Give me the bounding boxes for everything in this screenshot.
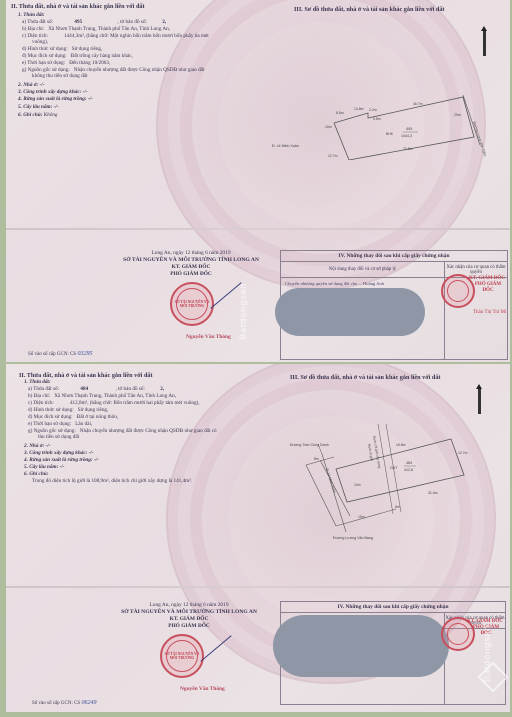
notes-line: 6. Ghi chú: Không xyxy=(18,112,58,118)
use-form-label: d) Hình thức sử dụng: xyxy=(22,46,68,52)
registry-number: Số vào sổ cấp GCN: CS 03295 xyxy=(28,351,92,357)
house-value: -/- xyxy=(46,443,51,449)
svg-text:484: 484 xyxy=(406,461,412,465)
changes-table-title: IV. Những thay đổi sau khi cấp giấy chứn… xyxy=(281,602,505,613)
kt-title: KT. GIÁM ĐỐC xyxy=(116,264,266,271)
area-line: c) Diện tích:412,8m², (bằng chữ: Bốn tră… xyxy=(28,400,200,406)
house-label: 2. Nhà ở: xyxy=(24,443,44,449)
svg-text:495: 495 xyxy=(406,127,412,131)
perennial-line: 5. Cây lâu năm: -/- xyxy=(24,464,65,470)
kt-title: KT. GIÁM ĐỐC xyxy=(114,616,264,623)
parcel-number: 495 xyxy=(74,19,82,25)
house-value: -/- xyxy=(40,82,45,88)
section-land-info: II. Thửa đất, nhà ở và tài sản khác gắn … xyxy=(6,0,256,362)
north-arrow-icon xyxy=(483,30,486,56)
use-form-value: Sử dụng riêng, xyxy=(72,46,103,52)
use-form-value: Sử dụng riêng, xyxy=(78,407,109,413)
parcel-number-line: a) Thửa đất số: 495 , tờ bản đồ số: 2, xyxy=(22,19,166,25)
signature xyxy=(200,635,231,661)
map-sheet-label: , tờ bản đồ số: xyxy=(115,386,144,392)
other-works-line: 3. Công trình xây dựng khác: -/- xyxy=(18,89,88,95)
certificate-page-2: II. Thửa đất, nhà ở và tài sản khác gắn … xyxy=(6,364,510,712)
signer-name: Nguyễn Văn Thông xyxy=(180,686,225,692)
perennial-value: -/- xyxy=(54,104,59,110)
address-line: b) Địa chỉ:Xã Nhơn Thạnh Trung, Thành ph… xyxy=(22,26,170,32)
section-plot-diagram: III. Sơ đồ thửa đất, nhà ở và tài sản kh… xyxy=(258,0,510,362)
parcel-heading: 1. Thửa đất: xyxy=(24,379,51,385)
section2-title: II. Thửa đất, nhà ở và tài sản khác gắn … xyxy=(11,3,145,10)
changes-table: IV. Những thay đổi sau khi cấp giấy chứn… xyxy=(280,601,506,705)
other-works-label: 3. Công trình xây dựng khác: xyxy=(18,89,81,95)
redacted-area xyxy=(275,288,425,336)
origin-value: Nhận chuyển nhượng đất được Công nhận QS… xyxy=(74,67,205,73)
svg-text:Đ. Lê Minh Xuân: Đ. Lê Minh Xuân xyxy=(272,144,299,148)
parcel-number-label: a) Thửa đất số: xyxy=(28,386,59,392)
notes-line: 6. Ghi chú: xyxy=(24,471,48,477)
svg-text:ONT: ONT xyxy=(390,466,397,470)
svg-text:412,8: 412,8 xyxy=(404,468,413,472)
signer-name: Nguyễn Văn Thông xyxy=(186,334,231,340)
forest-label: 4. Rừng sản xuất là rừng trồng: xyxy=(18,96,87,102)
other-works-value: -/- xyxy=(89,450,94,456)
confirm-deputy: PHÓ GIÁM ĐỐC xyxy=(469,282,507,294)
address-line: b) Địa chỉ:Xã Nhơn Thạnh Trung, Thành ph… xyxy=(28,393,176,399)
address-value: Xã Nhơn Thạnh Trung, Thành phố Tân An, T… xyxy=(48,26,170,32)
notes-value: Không xyxy=(44,112,58,118)
house-line: 2. Nhà ở: -/- xyxy=(24,443,50,449)
map-sheet-label: , tờ bản đồ số: xyxy=(117,19,146,25)
change-entry: Chuyển nhượng quyền sử dụng đất cho ... … xyxy=(285,281,384,287)
changes-content-cell: Chuyển nhượng quyền sử dụng đất cho ... … xyxy=(281,278,445,359)
svg-text:14.8m: 14.8m xyxy=(354,107,364,111)
area-cont: vuông), xyxy=(32,39,48,45)
origin-cont: không thu tiền sử dụng đất xyxy=(32,73,87,79)
svg-text:Đường Lương Văn Bang: Đường Lương Văn Bang xyxy=(333,536,373,540)
perennial-label: 5. Cây lâu năm: xyxy=(18,104,52,110)
forest-line: 4. Rừng sản xuất là rừng trồng: -/- xyxy=(24,457,99,463)
redacted-area xyxy=(273,615,449,677)
section3-title: III. Sơ đồ thửa đất, nhà ở và tài sản kh… xyxy=(290,374,441,381)
other-works-line: 3. Công trình xây dựng khác: -/- xyxy=(24,450,94,456)
address-value: Xã Nhơn Thạnh Trung, Thành phố Tân An, T… xyxy=(54,393,176,399)
deputy-title: PHÓ GIÁM ĐỐC xyxy=(114,623,264,630)
svg-text:BHK: BHK xyxy=(386,132,394,136)
house-label: 2. Nhà ở: xyxy=(18,82,38,88)
svg-text:Đường Long Văn Cẩm: Đường Long Văn Cẩm xyxy=(472,121,487,157)
use-form-line: d) Hình thức sử dụng:Sử dụng riêng, xyxy=(28,407,108,413)
place-date: Long An, ngày 12 tháng 6 năm 2019 xyxy=(114,602,264,609)
watermark-text: Batdongsan xyxy=(238,283,248,340)
map-sheet: 2, xyxy=(162,19,166,25)
other-works-value: -/- xyxy=(83,89,88,95)
perennial-value: -/- xyxy=(60,464,65,470)
confirm-signer: Thân Thị Trà Mi xyxy=(473,310,506,316)
changes-table-title: IV. Những thay đổi sau khi cấp giấy chứn… xyxy=(281,251,507,262)
svg-text:15.8m: 15.8m xyxy=(396,443,406,447)
svg-text:2.2m: 2.2m xyxy=(369,108,377,112)
term-line: e) Thời hạn sử dụng:Lâu dài, xyxy=(28,421,92,427)
deputy-title: PHÓ GIÁM ĐỐC xyxy=(116,271,266,278)
notes-detail: Trong đó diện tích lộ giới là 108,9m², d… xyxy=(32,478,192,484)
registry-number: Số vào sổ cấp GCN: CS 06249 xyxy=(32,700,96,706)
term-value: Lâu dài, xyxy=(75,421,92,427)
parcel-number-line: a) Thửa đất số: 484 , tờ bản đồ số: 2, xyxy=(28,386,164,392)
plot-diagram-2: Đường Trần Công Danh Đường Lương Văn Ban… xyxy=(258,414,510,544)
signature-block: Long An, ngày 12 tháng 6 năm 2019 SỞ TÀI… xyxy=(116,250,266,278)
registry-prefix: CS xyxy=(70,352,76,357)
term-value: Đến tháng 10/2063, xyxy=(69,60,110,66)
forest-value: -/- xyxy=(88,96,93,102)
issuing-org: SỞ TÀI NGUYÊN VÀ MÔI TRƯỜNG TỈNH LONG AN xyxy=(114,609,264,616)
address-label: b) Địa chỉ: xyxy=(28,393,50,399)
svg-text:8.8m: 8.8m xyxy=(336,111,344,115)
certificate-page-1: II. Thửa đất, nhà ở và tài sản khác gắn … xyxy=(6,0,510,362)
forest-value: -/- xyxy=(94,457,99,463)
address-label: b) Địa chỉ: xyxy=(22,26,44,32)
purpose-value: Đất ở tại nông thôn, xyxy=(77,414,119,420)
section-plot-diagram: III. Sơ đồ thửa đất, nhà ở và tài sản kh… xyxy=(258,364,510,712)
area-value: 1444,3m², (bằng chữ: Một nghìn bốn trăm … xyxy=(64,33,209,39)
parcel-heading: 1. Thửa đất: xyxy=(18,12,45,18)
registry-prefix: CS xyxy=(74,701,80,706)
use-form-label: d) Hình thức sử dụng: xyxy=(28,407,74,413)
term-label: e) Thời hạn sử dụng: xyxy=(28,421,71,427)
forest-label: 4. Rừng sản xuất là rừng trồng: xyxy=(24,457,93,463)
svg-text:12.7m: 12.7m xyxy=(458,451,468,455)
parcel-number-label: a) Thửa đất số: xyxy=(22,19,53,25)
svg-text:8m: 8m xyxy=(314,457,319,461)
section2-title: II. Thửa đất, nhà ở và tài sản khác gắn … xyxy=(19,372,153,379)
confirm-cell: KT. GIÁM ĐỐC PHÓ GIÁM ĐỐC Thân Thị Trà M… xyxy=(445,278,507,359)
registry-value: 06249 xyxy=(81,700,96,706)
svg-text:15m: 15m xyxy=(358,515,365,519)
area-label: c) Diện tích: xyxy=(28,400,54,406)
registry-label: Số vào sổ cấp GCN: xyxy=(28,352,69,357)
term-label: e) Thời hạn sử dụng: xyxy=(22,60,65,66)
other-works-label: 3. Công trình xây dựng khác: xyxy=(24,450,87,456)
purpose-label: đ) Mục đích sử dụng: xyxy=(22,53,67,59)
area-line: c) Diện tích:1444,3m², (bằng chữ: Một ng… xyxy=(22,33,209,39)
registry-value: 03295 xyxy=(77,351,92,357)
use-form-line: d) Hình thức sử dụng:Sử dụng riêng, xyxy=(22,46,102,52)
perennial-line: 5. Cây lâu năm: -/- xyxy=(18,104,59,110)
plot-diagram-1: Đường Long Văn Cẩm Đ. Lê Minh Xuân 495 B… xyxy=(258,80,510,160)
notes-label: 6. Ghi chú: xyxy=(18,112,42,118)
svg-text:Đường Trần Công Danh: Đường Trần Công Danh xyxy=(290,443,329,447)
changes-content-cell xyxy=(281,629,445,704)
perennial-label: 5. Cây lâu năm: xyxy=(24,464,58,470)
signature xyxy=(210,282,241,308)
svg-text:46.7m: 46.7m xyxy=(413,102,423,106)
purpose-value: Đất trồng cây hàng năm khác, xyxy=(71,53,133,59)
section3-title: III. Sơ đồ thửa đất, nhà ở và tài sản kh… xyxy=(294,6,445,13)
forest-line: 4. Rừng sản xuất là rừng trồng: -/- xyxy=(18,96,93,102)
house-line: 2. Nhà ở: -/- xyxy=(18,82,44,88)
svg-text:9.8m: 9.8m xyxy=(373,117,381,121)
svg-text:20m: 20m xyxy=(454,113,461,117)
svg-text:8m: 8m xyxy=(395,505,400,509)
area-value: 412,8m², (bằng chữ: Bốn trăm mười hai ph… xyxy=(70,400,200,406)
col-header-content: Nội dung thay đổi và cơ sở pháp lý xyxy=(281,262,445,277)
changes-table: IV. Những thay đổi sau khi cấp giấy chứn… xyxy=(280,250,508,360)
term-line: e) Thời hạn sử dụng:Đến tháng 10/2063, xyxy=(22,60,110,66)
purpose-label: đ) Mục đích sử dụng: xyxy=(28,414,73,420)
official-stamp: SỞ TÀI NGUYÊN VÀ MÔI TRƯỜNG xyxy=(170,282,214,326)
signature-block: Long An, ngày 12 tháng 6 năm 2019 SỞ TÀI… xyxy=(114,602,264,630)
official-stamp: SỞ TÀI NGUYÊN VÀ MÔI TRƯỜNG xyxy=(160,634,204,678)
svg-text:10m: 10m xyxy=(354,483,361,487)
north-arrow-icon xyxy=(478,388,481,414)
map-sheet: 2, xyxy=(160,386,164,392)
svg-text:10m: 10m xyxy=(325,125,332,129)
svg-text:12.7m: 12.7m xyxy=(328,154,338,158)
parcel-number: 484 xyxy=(80,386,88,392)
svg-text:1444,3: 1444,3 xyxy=(401,134,412,138)
issuing-org: SỞ TÀI NGUYÊN VÀ MÔI TRƯỜNG TỈNH LONG AN xyxy=(116,257,266,264)
origin-value: Nhận chuyển nhượng đất được Công nhận QS… xyxy=(80,428,217,434)
watermark-text: Batdongsan xyxy=(482,625,492,682)
svg-text:31.4m: 31.4m xyxy=(428,491,438,495)
purpose-line: đ) Mục đích sử dụng:Đất ở tại nông thôn, xyxy=(28,414,118,420)
svg-text:Ranh lộ giới: Ranh lộ giới xyxy=(367,443,374,461)
registry-label: Số vào sổ cấp GCN: xyxy=(32,701,73,706)
place-date: Long An, ngày 12 tháng 6 năm 2019 xyxy=(116,250,266,257)
svg-text:Đ. Lê Minh Xuân: Đ. Lê Minh Xuân xyxy=(325,468,337,493)
svg-text:72.8m: 72.8m xyxy=(403,147,413,151)
origin-cont: thu tiền sử dụng đất xyxy=(38,434,79,440)
purpose-line: đ) Mục đích sử dụng:Đất trồng cây hàng n… xyxy=(22,53,133,59)
section-land-info: II. Thửa đất, nhà ở và tài sản khác gắn … xyxy=(6,364,256,712)
